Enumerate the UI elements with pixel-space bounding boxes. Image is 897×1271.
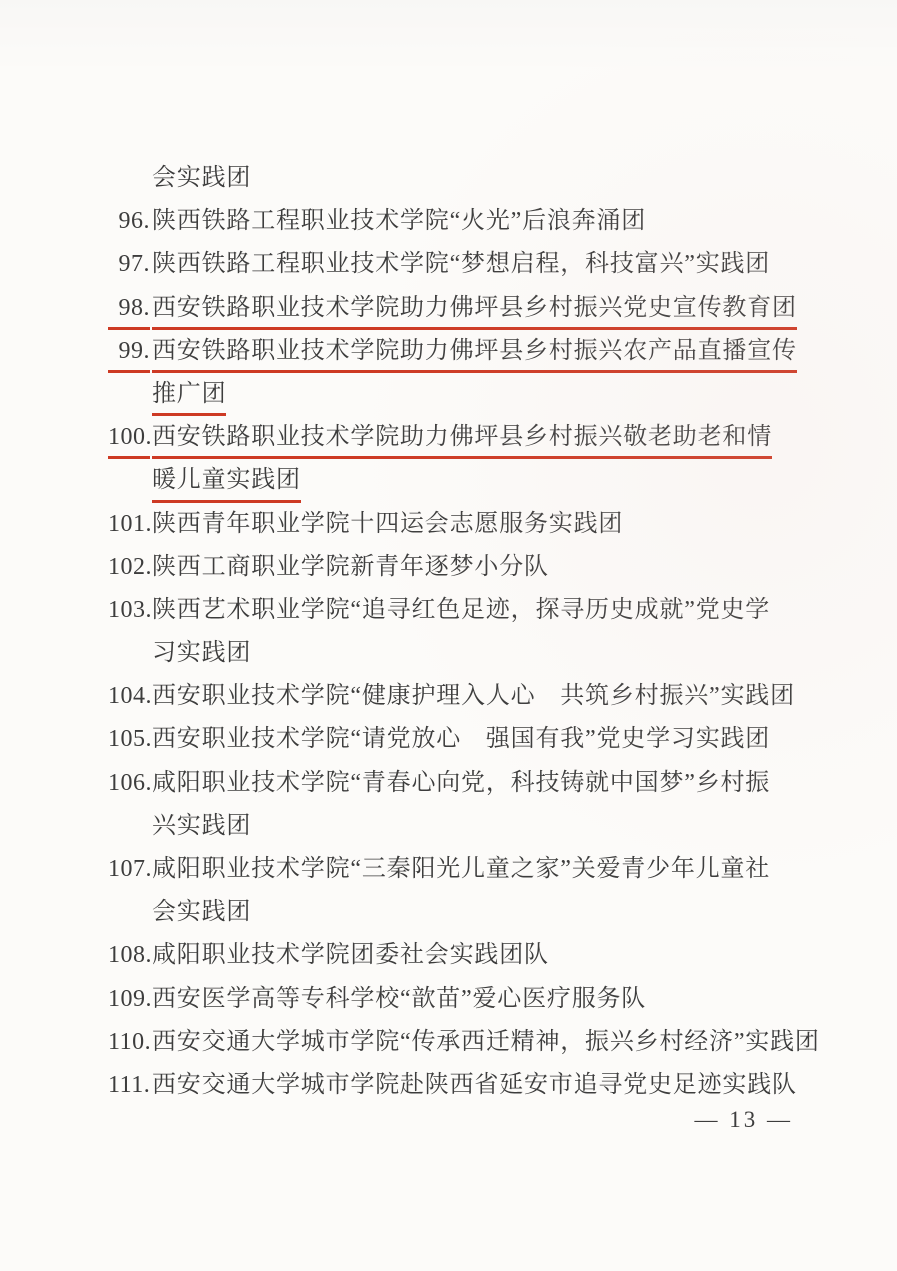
- item-number: 102.: [108, 546, 150, 589]
- item-number: 98.: [108, 287, 150, 330]
- list-item: 99.西安铁路职业技术学院助力佛坪县乡村振兴农产品直播宣传: [108, 330, 808, 373]
- item-text: 会实践团: [152, 157, 251, 200]
- item-text: 习实践团: [152, 632, 251, 675]
- item-text: 咸阳职业技术学院团委社会实践团队: [152, 934, 549, 977]
- item-text: 西安铁路职业技术学院助力佛坪县乡村振兴敬老助老和情: [152, 416, 772, 459]
- list-item: 96.陕西铁路工程职业技术学院“火光”后浪奔涌团: [108, 200, 808, 243]
- item-text: 咸阳职业技术学院“青春心向党，科技铸就中国梦”乡村振: [152, 762, 770, 805]
- list-item-continuation: 习实践团: [108, 632, 808, 675]
- item-text: 兴实践团: [152, 805, 251, 848]
- list-item-continuation: 兴实践团: [108, 805, 808, 848]
- item-text: 陕西铁路工程职业技术学院“火光”后浪奔涌团: [152, 200, 646, 243]
- list-item: 98.西安铁路职业技术学院助力佛坪县乡村振兴党史宣传教育团: [108, 287, 808, 330]
- list-item: 97.陕西铁路工程职业技术学院“梦想启程，科技富兴”实践团: [108, 243, 808, 286]
- item-text: 西安铁路职业技术学院助力佛坪县乡村振兴农产品直播宣传: [152, 330, 797, 373]
- item-number: 97.: [108, 243, 150, 286]
- item-number: 100.: [108, 416, 150, 459]
- list-item-continuation: 暖儿童实践团: [108, 459, 808, 502]
- item-number: 106.: [108, 762, 150, 805]
- item-text: 西安职业技术学院“健康护理入人心 共筑乡村振兴”实践团: [152, 675, 795, 718]
- list-item: 106.咸阳职业技术学院“青春心向党，科技铸就中国梦”乡村振: [108, 762, 808, 805]
- list-item: 107.咸阳职业技术学院“三秦阳光儿童之家”关爱青少年儿童社: [108, 848, 808, 891]
- list-item: 110.西安交通大学城市学院“传承西迁精神，振兴乡村经济”实践团: [108, 1021, 808, 1064]
- item-number: 109.: [108, 978, 150, 1021]
- list-item: 105.西安职业技术学院“请党放心 强国有我”党史学习实践团: [108, 718, 808, 761]
- list-item-continuation: 会实践团: [108, 157, 808, 200]
- item-number: 99.: [108, 330, 150, 373]
- item-number: 107.: [108, 848, 150, 891]
- item-text: 西安铁路职业技术学院助力佛坪县乡村振兴党史宣传教育团: [152, 287, 797, 330]
- list-item: 108.咸阳职业技术学院团委社会实践团队: [108, 934, 808, 977]
- item-number: 110.: [108, 1021, 150, 1064]
- page-number: — 13 —: [695, 1100, 794, 1140]
- document-page: 会实践团96.陕西铁路工程职业技术学院“火光”后浪奔涌团97.陕西铁路工程职业技…: [0, 0, 897, 1271]
- list-item: 100.西安铁路职业技术学院助力佛坪县乡村振兴敬老助老和情: [108, 416, 808, 459]
- item-number: 103.: [108, 589, 150, 632]
- item-text: 咸阳职业技术学院“三秦阳光儿童之家”关爱青少年儿童社: [152, 848, 770, 891]
- item-text: 会实践团: [152, 891, 251, 934]
- list-item: 102.陕西工商职业学院新青年逐梦小分队: [108, 546, 808, 589]
- item-text: 西安医学高等专科学校“歆苗”爱心医疗服务队: [152, 978, 646, 1021]
- item-number: 111.: [108, 1064, 150, 1107]
- list-item: 109.西安医学高等专科学校“歆苗”爱心医疗服务队: [108, 978, 808, 1021]
- item-number: 101.: [108, 503, 150, 546]
- list-item: 103.陕西艺术职业学院“追寻红色足迹，探寻历史成就”党史学: [108, 589, 808, 632]
- list-item-continuation: 推广团: [108, 373, 808, 416]
- item-text: 西安职业技术学院“请党放心 强国有我”党史学习实践团: [152, 718, 770, 761]
- list-item: 101.陕西青年职业学院十四运会志愿服务实践团: [108, 503, 808, 546]
- item-text: 推广团: [152, 373, 226, 416]
- team-list: 会实践团96.陕西铁路工程职业技术学院“火光”后浪奔涌团97.陕西铁路工程职业技…: [108, 157, 808, 1107]
- item-text: 陕西铁路工程职业技术学院“梦想启程，科技富兴”实践团: [152, 243, 770, 286]
- item-text: 暖儿童实践团: [152, 459, 301, 502]
- list-item: 104.西安职业技术学院“健康护理入人心 共筑乡村振兴”实践团: [108, 675, 808, 718]
- list-item-continuation: 会实践团: [108, 891, 808, 934]
- item-number: 96.: [108, 200, 150, 243]
- item-number: 104.: [108, 675, 150, 718]
- item-number: 108.: [108, 934, 150, 977]
- item-number: 105.: [108, 718, 150, 761]
- item-text: 西安交通大学城市学院“传承西迁精神，振兴乡村经济”实践团: [152, 1021, 820, 1064]
- item-text: 陕西工商职业学院新青年逐梦小分队: [152, 546, 549, 589]
- item-text: 陕西青年职业学院十四运会志愿服务实践团: [152, 503, 623, 546]
- item-text: 陕西艺术职业学院“追寻红色足迹，探寻历史成就”党史学: [152, 589, 770, 632]
